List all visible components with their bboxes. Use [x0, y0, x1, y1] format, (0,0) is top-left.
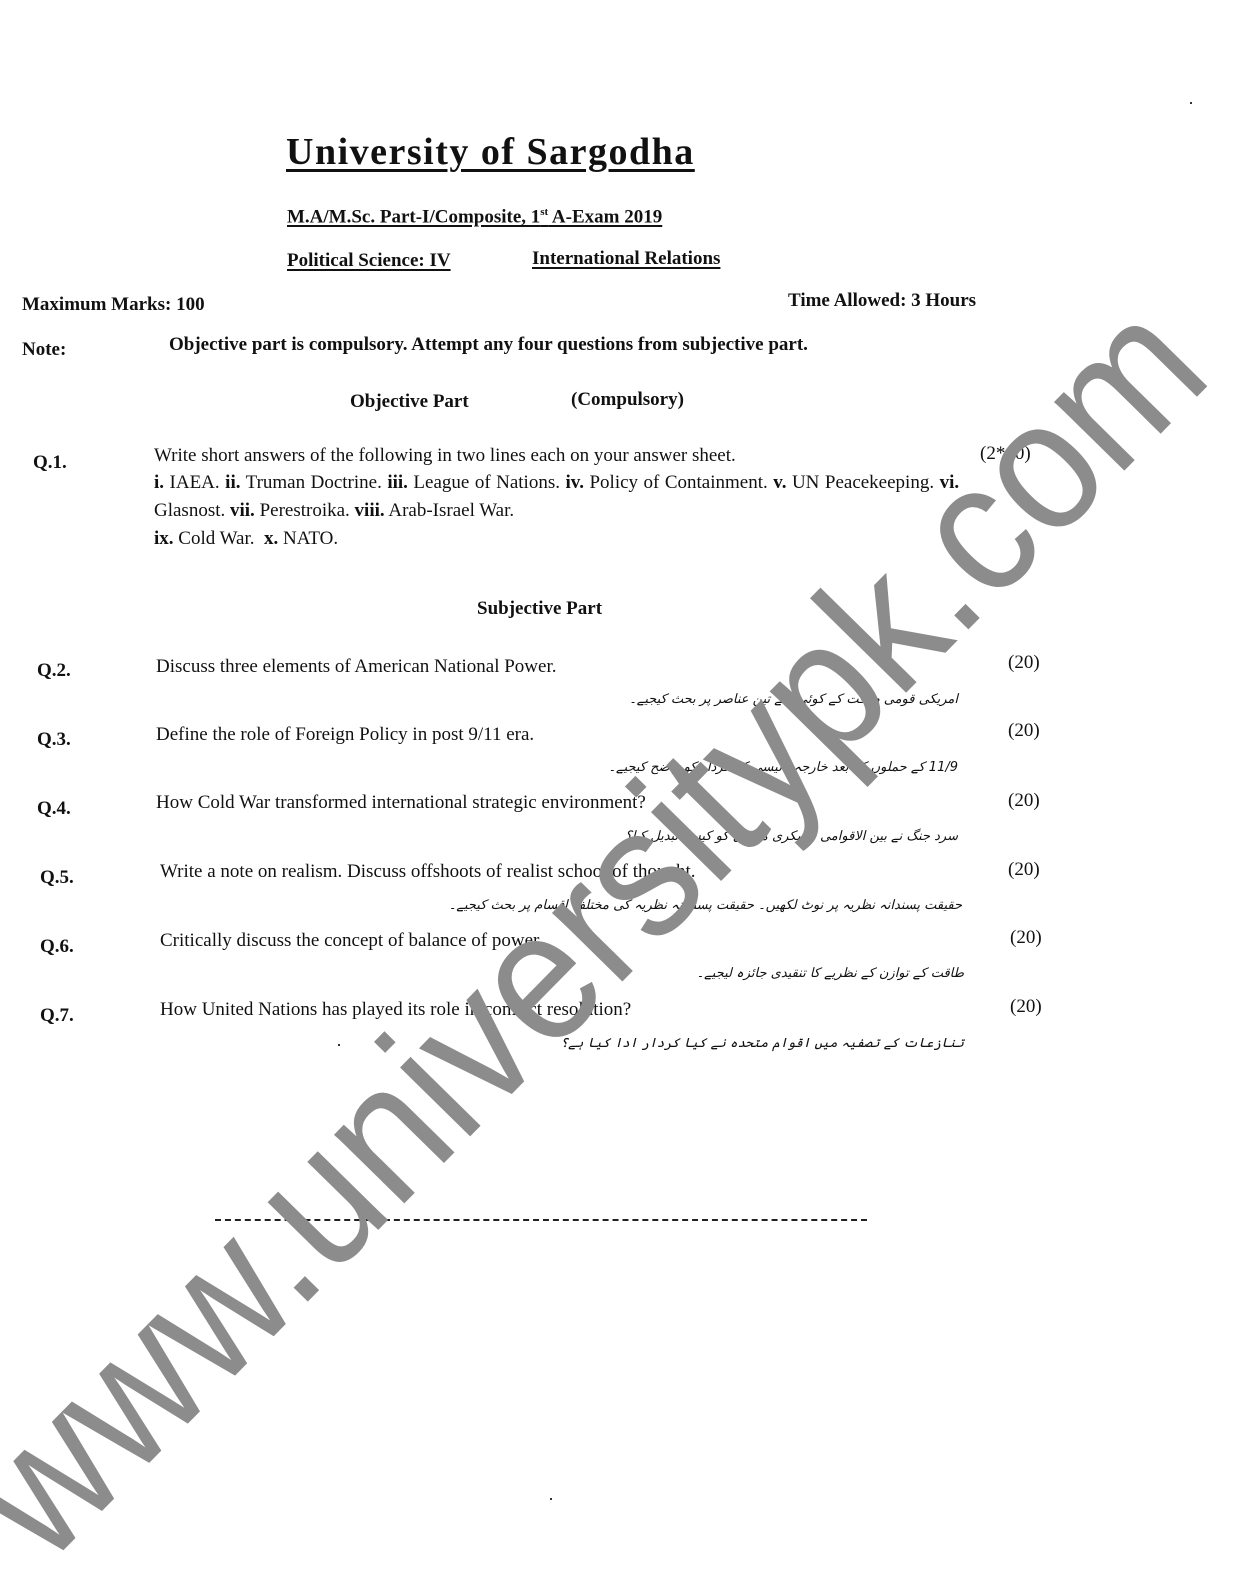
- question-number: Q.7.: [40, 1005, 74, 1027]
- objective-tag: (Compulsory): [571, 389, 684, 411]
- question-marks: (20): [1010, 996, 1042, 1018]
- scan-speck: [338, 1044, 340, 1046]
- subject-title: Political Science: IV: [287, 250, 451, 272]
- university-title: University of Sargodha: [286, 130, 695, 174]
- objective-heading: Objective Part: [350, 391, 469, 413]
- list-item: iv. Policy of Containment.: [566, 472, 768, 493]
- question-number: Q.6.: [40, 936, 74, 958]
- list-item: ii. Truman Doctrine.: [225, 472, 382, 493]
- urdu-translation: حقیقت پسندانہ نظریہ پر نوٹ لکھیں۔ حقیقت …: [449, 898, 962, 913]
- question-text: Define the role of Foreign Policy in pos…: [156, 724, 534, 746]
- question-number: Q.2.: [37, 660, 71, 682]
- urdu-translation: امریکی قومی طاقت کے کوئی سے تین عناصر پر…: [629, 692, 958, 707]
- program-prefix: M.A/M.Sc. Part-I/Composite, 1: [287, 206, 540, 227]
- question-marks: (20): [1008, 720, 1040, 742]
- list-item: vii. Perestroika.: [230, 500, 350, 521]
- question-marks: (20): [1008, 859, 1040, 881]
- question-text: Critically discuss the concept of balanc…: [160, 930, 543, 952]
- list-item: iii. League of Nations.: [387, 472, 560, 493]
- question-marks: (20): [1008, 790, 1040, 812]
- paper-title: International Relations: [532, 248, 720, 270]
- question-marks: (20): [1008, 652, 1040, 674]
- question-number: Q.1.: [33, 452, 67, 474]
- urdu-translation: سرد جنگ نے بین الاقوامی عسکری ماحول کو ک…: [625, 829, 958, 844]
- urdu-translation: 11/9 کے حملوں کے بعد خارجہ پالیسی کے کرد…: [608, 760, 958, 775]
- question-number: Q.5.: [40, 867, 74, 889]
- note-text: Objective part is compulsory. Attempt an…: [169, 334, 808, 356]
- program-suffix: A-Exam 2019: [548, 206, 662, 227]
- question-marks: (2*10): [980, 443, 1031, 465]
- list-item: viii. Arab-Israel War.: [355, 500, 515, 521]
- short-answer-list: i. IAEA. ii. Truman Doctrine. iii. Leagu…: [154, 469, 959, 553]
- question-text: How United Nations has played its role i…: [160, 999, 631, 1021]
- list-item: x. NATO.: [264, 528, 338, 549]
- list-item: v. UN Peacekeeping.: [773, 472, 934, 493]
- question-text: Write a note on realism. Discuss offshoo…: [160, 861, 696, 883]
- list-item: ix. Cold War.: [154, 528, 255, 549]
- urdu-translation: تنازعات کے تصفیہ میں اقوام متحدہ نے کیا …: [561, 1036, 964, 1051]
- time-allowed: Time Allowed: 3 Hours: [788, 290, 976, 312]
- list-item: i. IAEA.: [154, 472, 220, 493]
- program-line: M.A/M.Sc. Part-I/Composite, 1st A-Exam 2…: [287, 206, 662, 228]
- subjective-heading: Subjective Part: [477, 598, 602, 620]
- question-text: How Cold War transformed international s…: [156, 792, 646, 814]
- question-text: Discuss three elements of American Natio…: [156, 656, 556, 678]
- scan-speck: [550, 1498, 552, 1500]
- question-number: Q.4.: [37, 798, 71, 820]
- scan-speck: [1190, 102, 1192, 104]
- question-marks: (20): [1010, 927, 1042, 949]
- max-marks: Maximum Marks: 100: [22, 294, 205, 316]
- question-number: Q.3.: [37, 729, 71, 751]
- note-label: Note:: [22, 339, 66, 361]
- question-text: Write short answers of the following in …: [154, 445, 736, 467]
- end-of-paper-divider: [215, 1219, 867, 1221]
- urdu-translation: طاقت کے توازن کے نظریے کا تنقیدی جائزہ ل…: [697, 966, 964, 981]
